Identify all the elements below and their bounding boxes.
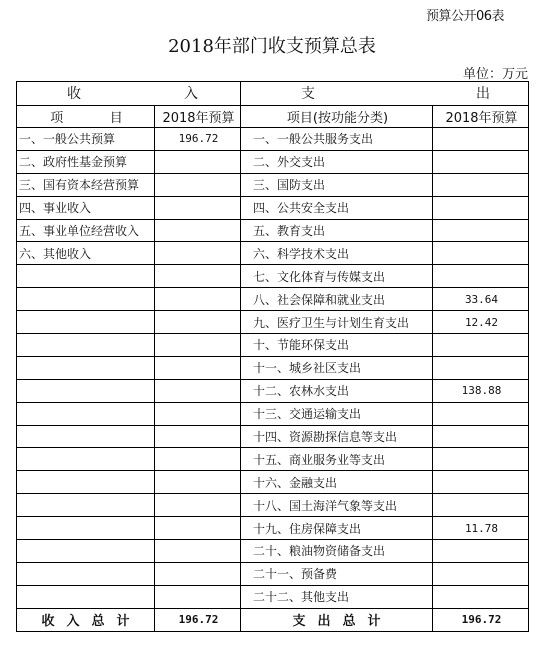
table-row: 二十一、预备费 <box>17 562 529 585</box>
expense-value-cell: 138.88 <box>433 379 529 402</box>
income-item-header: 项 目 <box>17 105 155 128</box>
expense-item-cell: 十九、住房保障支出 <box>241 517 433 540</box>
expense-item-cell: 二十二、其他支出 <box>241 585 433 608</box>
table-row: 十九、住房保障支出11.78 <box>17 517 529 540</box>
expense-item-cell: 二十一、预备费 <box>241 562 433 585</box>
income-value-cell <box>155 288 241 311</box>
income-value-cell <box>155 540 241 563</box>
income-value-cell <box>155 494 241 517</box>
expense-value-cell: 11.78 <box>433 517 529 540</box>
income-item-cell: 四、事业收入 <box>17 196 155 219</box>
income-item-cell <box>17 334 155 357</box>
expense-value-cell <box>433 196 529 219</box>
income-total-value: 196.72 <box>155 608 241 631</box>
income-value-cell <box>155 425 241 448</box>
income-item-cell <box>17 494 155 517</box>
expense-value-cell <box>433 494 529 517</box>
table-row: 十八、国土海洋气象等支出 <box>17 494 529 517</box>
expense-value-cell <box>433 540 529 563</box>
income-item-cell: 一、一般公共预算 <box>17 128 155 151</box>
income-item-cell <box>17 585 155 608</box>
expense-item-cell: 十八、国土海洋气象等支出 <box>241 494 433 517</box>
income-item-cell <box>17 356 155 379</box>
income-value-cell <box>155 334 241 357</box>
expense-value-cell <box>433 150 529 173</box>
income-item-cell <box>17 471 155 494</box>
income-budget-header: 2018年预算 <box>155 105 241 128</box>
income-group-left: 收 <box>67 83 81 103</box>
income-value-cell <box>155 265 241 288</box>
expense-value-cell <box>433 402 529 425</box>
expense-value-cell <box>433 425 529 448</box>
expense-value-cell <box>433 334 529 357</box>
page-title: 2018年部门收支预算总表 <box>0 32 544 58</box>
table-row: 四、事业收入四、公共安全支出 <box>17 196 529 219</box>
expense-item-cell: 十二、农林水支出 <box>241 379 433 402</box>
income-item-cell: 五、事业单位经营收入 <box>17 219 155 242</box>
table-row: 二、政府性基金预算二、外交支出 <box>17 150 529 173</box>
table-row: 六、其他收入六、科学技术支出 <box>17 242 529 265</box>
income-item-cell <box>17 517 155 540</box>
income-item-cell: 六、其他收入 <box>17 242 155 265</box>
expense-budget-header: 2018年预算 <box>433 105 529 128</box>
expense-total-label: 支出总计 <box>241 608 433 631</box>
expense-value-cell <box>433 585 529 608</box>
table-row: 十六、金融支出 <box>17 471 529 494</box>
expense-group-header: 支 出 <box>241 82 529 106</box>
income-group-right: 入 <box>184 83 198 103</box>
income-value-cell <box>155 311 241 334</box>
expense-value-cell <box>433 448 529 471</box>
income-item-cell: 三、国有资本经营预算 <box>17 173 155 196</box>
expense-value-cell: 33.64 <box>433 288 529 311</box>
expense-item-cell: 九、医疗卫生与计划生育支出 <box>241 311 433 334</box>
income-value-cell <box>155 219 241 242</box>
income-item-cell <box>17 311 155 334</box>
table-row: 三、国有资本经营预算三、国防支出 <box>17 173 529 196</box>
income-value-cell <box>155 196 241 219</box>
expense-item-cell: 十四、资源勘探信息等支出 <box>241 425 433 448</box>
unit-label: 单位：万元 <box>463 63 528 82</box>
expense-group-left: 支 <box>301 83 315 103</box>
income-item-cell <box>17 425 155 448</box>
expense-item-cell: 十三、交通运输支出 <box>241 402 433 425</box>
expense-value-cell <box>433 356 529 379</box>
table-row: 十一、城乡社区支出 <box>17 356 529 379</box>
income-item-cell <box>17 402 155 425</box>
income-value-cell: 196.72 <box>155 128 241 151</box>
form-number: 预算公开06表 <box>426 5 504 24</box>
income-value-cell <box>155 242 241 265</box>
expense-item-cell: 十五、商业服务业等支出 <box>241 448 433 471</box>
expense-item-cell: 二、外交支出 <box>241 150 433 173</box>
income-value-cell <box>155 471 241 494</box>
income-value-cell <box>155 173 241 196</box>
expense-value-cell: 12.42 <box>433 311 529 334</box>
expense-value-cell <box>433 219 529 242</box>
table-row: 二十二、其他支出 <box>17 585 529 608</box>
expense-value-cell <box>433 265 529 288</box>
income-item-cell: 二、政府性基金预算 <box>17 150 155 173</box>
expense-item-cell: 八、社会保障和就业支出 <box>241 288 433 311</box>
income-value-cell <box>155 562 241 585</box>
income-item-cell <box>17 448 155 471</box>
income-value-cell <box>155 402 241 425</box>
income-item-cell <box>17 562 155 585</box>
income-item-header-b: 目 <box>110 107 123 126</box>
income-value-cell <box>155 585 241 608</box>
expense-item-cell: 三、国防支出 <box>241 173 433 196</box>
expense-item-cell: 七、文化体育与传媒支出 <box>241 265 433 288</box>
income-value-cell <box>155 448 241 471</box>
income-item-cell <box>17 265 155 288</box>
table-row: 一、一般公共预算196.72一、一般公共服务支出 <box>17 128 529 151</box>
expense-item-cell: 五、教育支出 <box>241 219 433 242</box>
expense-group-right: 出 <box>476 83 490 103</box>
expense-item-cell: 四、公共安全支出 <box>241 196 433 219</box>
table-row: 七、文化体育与传媒支出 <box>17 265 529 288</box>
column-header-row: 项 目 2018年预算 项目(按功能分类) 2018年预算 <box>17 105 529 128</box>
income-value-cell <box>155 150 241 173</box>
group-header-row: 收 入 支 出 <box>17 82 529 106</box>
table-row: 十五、商业服务业等支出 <box>17 448 529 471</box>
expense-item-cell: 二十、粮油物资储备支出 <box>241 540 433 563</box>
table-row: 十二、农林水支出138.88 <box>17 379 529 402</box>
expense-total-value: 196.72 <box>433 608 529 631</box>
expense-item-cell: 十六、金融支出 <box>241 471 433 494</box>
expense-value-cell <box>433 471 529 494</box>
table-row: 八、社会保障和就业支出33.64 <box>17 288 529 311</box>
expense-value-cell <box>433 173 529 196</box>
income-item-cell <box>17 540 155 563</box>
expense-item-cell: 一、一般公共服务支出 <box>241 128 433 151</box>
income-value-cell <box>155 517 241 540</box>
table-row: 十三、交通运输支出 <box>17 402 529 425</box>
expense-item-cell: 十一、城乡社区支出 <box>241 356 433 379</box>
expense-value-cell <box>433 128 529 151</box>
income-item-cell <box>17 288 155 311</box>
income-total-label: 收入总计 <box>17 608 155 631</box>
expense-value-cell <box>433 242 529 265</box>
expense-value-cell <box>433 562 529 585</box>
expense-item-cell: 六、科学技术支出 <box>241 242 433 265</box>
budget-summary-table: 收 入 支 出 项 目 2018年预算 项目(按功能分类) 2018年预算 <box>16 81 529 632</box>
table-row: 五、事业单位经营收入五、教育支出 <box>17 219 529 242</box>
income-value-cell <box>155 356 241 379</box>
expense-item-header: 项目(按功能分类) <box>241 105 433 128</box>
table-row: 九、医疗卫生与计划生育支出12.42 <box>17 311 529 334</box>
table-row: 二十、粮油物资储备支出 <box>17 540 529 563</box>
income-item-cell <box>17 379 155 402</box>
table-row: 十四、资源勘探信息等支出 <box>17 425 529 448</box>
income-value-cell <box>155 379 241 402</box>
income-item-header-a: 项 <box>50 107 63 126</box>
expense-item-cell: 十、节能环保支出 <box>241 334 433 357</box>
table-row: 十、节能环保支出 <box>17 334 529 357</box>
income-group-header: 收 入 <box>17 82 241 106</box>
total-row: 收入总计 196.72 支出总计 196.72 <box>17 608 529 631</box>
